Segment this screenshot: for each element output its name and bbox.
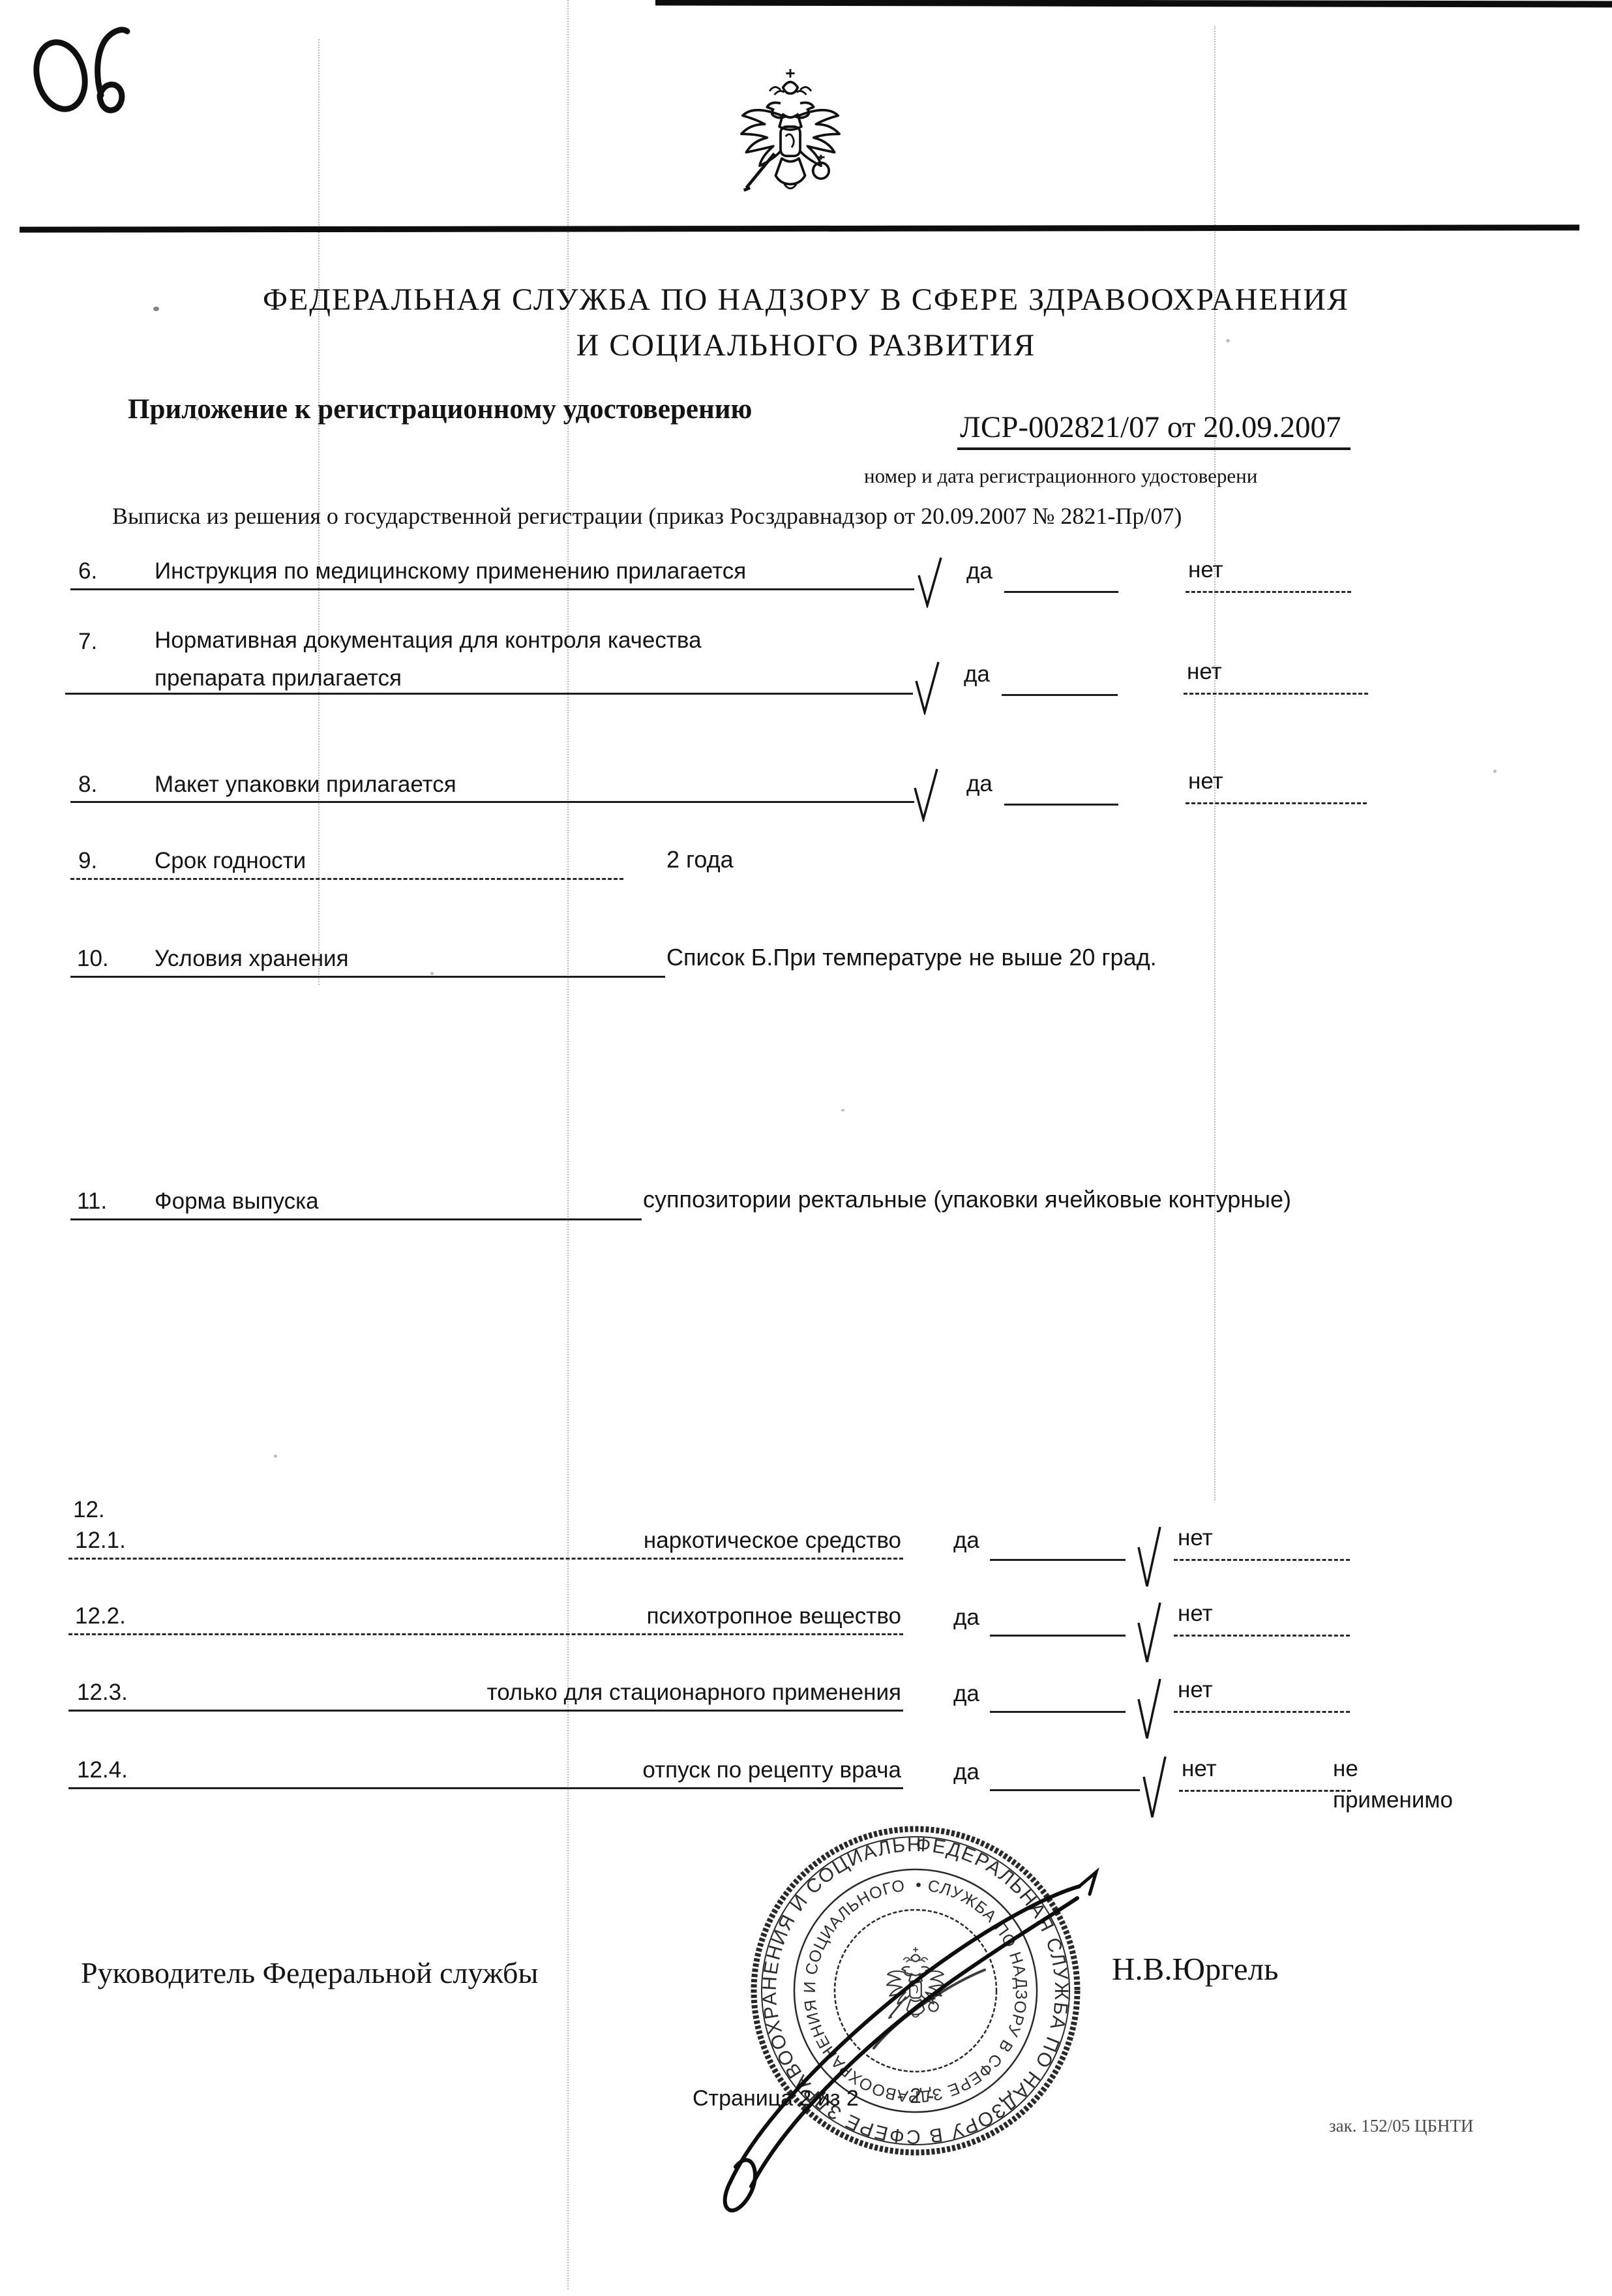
item-7-no-line xyxy=(1184,664,1368,695)
item-12-1-line xyxy=(68,1529,903,1560)
item-12-2-yes-line xyxy=(990,1606,1126,1637)
item-12-1-no-line xyxy=(1174,1530,1350,1561)
appendix-title: Приложение к регистрационному удостовере… xyxy=(128,393,752,425)
item-8-yes-line xyxy=(1004,775,1118,806)
item-12-4-checkmark-no-icon xyxy=(1141,1755,1167,1820)
coat-of-arms-eagle-icon xyxy=(729,68,852,207)
signatory-name: Н.В.Юргель xyxy=(1112,1950,1278,1987)
item-7-line xyxy=(65,664,913,695)
item-12-2-no-line xyxy=(1174,1606,1350,1637)
item-12-1-yes-line xyxy=(990,1530,1126,1561)
item-12-4-line xyxy=(68,1759,903,1789)
item-12-4-note-line1: не xyxy=(1333,1756,1358,1782)
item-12-number: 12. xyxy=(73,1497,105,1523)
item-9-value: 2 года xyxy=(666,846,734,873)
scan-edge-artifact xyxy=(655,0,1612,8)
item-8-yes-label: да xyxy=(966,771,993,797)
item-8-checkmark-yes-icon xyxy=(913,767,939,822)
item-12-1-yes-label: да xyxy=(953,1528,979,1554)
header-rule xyxy=(20,224,1579,232)
item-10-value: Список Б.При температуре не выше 20 град… xyxy=(666,944,1157,971)
registration-number-caption: номер и дата регистрационного удостовере… xyxy=(864,464,1257,488)
page-indicator: Страница 2 из 2 xyxy=(693,2086,859,2111)
item-7-label-line1: Нормативная документация для контроля ка… xyxy=(155,627,702,654)
item-12-1-checkmark-no-icon xyxy=(1136,1525,1162,1589)
extract-line: Выписка из решения о государственной рег… xyxy=(112,502,1182,530)
item-11-line xyxy=(70,1190,642,1220)
item-12-3-checkmark-no-icon xyxy=(1136,1677,1162,1741)
item-12-4-note-line2: применимо xyxy=(1333,1787,1453,1813)
item-7-checkmark-yes-icon xyxy=(914,660,940,715)
print-order-ref: зак. 152/05 ЦБНТИ xyxy=(1329,2116,1474,2136)
item-12-4-yes-label: да xyxy=(953,1759,979,1785)
item-6-yes-label: да xyxy=(966,558,993,584)
item-7-yes-label: да xyxy=(964,661,990,687)
org-title-line1: ФЕДЕРАЛЬНАЯ СЛУЖБА ПО НАДЗОРУ В СФЕРЕ ЗД… xyxy=(0,282,1612,318)
item-8-line xyxy=(70,772,914,803)
registration-number: ЛСР-002821/07 от 20.09.2007 xyxy=(957,410,1351,450)
item-7-yes-line xyxy=(1002,665,1118,696)
item-11-value: суппозитории ректальные (упаковки ячейко… xyxy=(643,1186,1291,1213)
item-12-2-checkmark-no-icon xyxy=(1136,1601,1162,1665)
item-12-4-yes-line xyxy=(990,1760,1140,1791)
item-12-2-yes-label: да xyxy=(953,1605,979,1631)
scan-speck xyxy=(841,1109,844,1111)
scan-streak xyxy=(1214,26,1216,1500)
org-title-line2: И СОЦИАЛЬНОГО РАЗВИТИЯ xyxy=(0,327,1612,363)
item-6-line xyxy=(70,560,914,590)
item-12-4-no-line xyxy=(1179,1761,1351,1792)
item-6-no-line xyxy=(1186,562,1351,593)
item-10-line xyxy=(70,947,665,978)
item-12-3-no-line xyxy=(1174,1682,1350,1713)
item-12-3-yes-label: да xyxy=(953,1681,979,1707)
handwritten-mark xyxy=(23,18,153,129)
item-7-number: 7. xyxy=(78,629,97,655)
item-12-3-yes-line xyxy=(990,1682,1126,1713)
item-6-yes-line xyxy=(1004,562,1118,593)
scan-speck xyxy=(274,1455,277,1458)
item-12-3-line xyxy=(68,1681,903,1712)
item-6-checkmark-yes-icon xyxy=(917,556,943,608)
scanned-document-page: ФЕДЕРАЛЬНАЯ СЛУЖБА ПО НАДЗОРУ В СФЕРЕ ЗД… xyxy=(0,0,1612,2296)
signatory-role: Руководитель Федеральной службы xyxy=(81,1956,538,1990)
item-8-no-line xyxy=(1186,774,1367,804)
signature-scrawl xyxy=(678,1852,1135,2231)
item-12-2-line xyxy=(68,1605,903,1635)
scan-speck xyxy=(1493,770,1497,773)
item-9-line xyxy=(70,849,623,880)
